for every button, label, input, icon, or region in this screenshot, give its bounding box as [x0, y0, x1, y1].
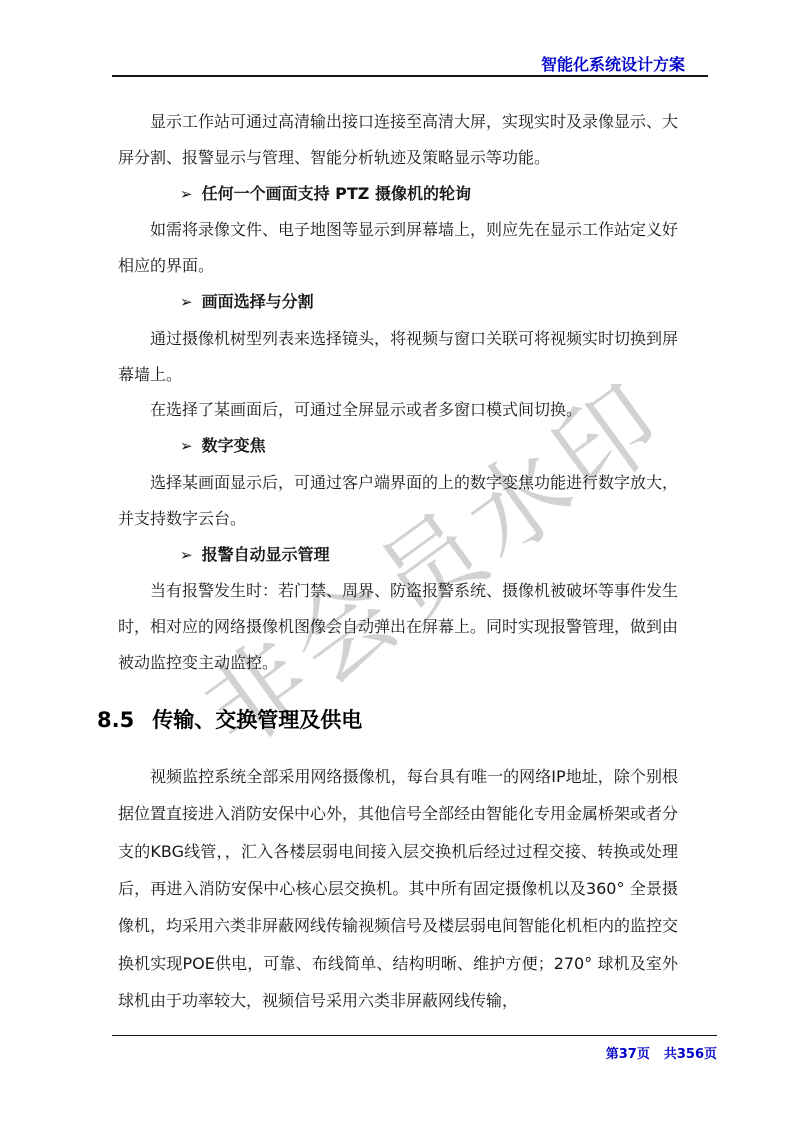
bullet-label: 任何一个画面支持 PTZ 摄像机的轮询	[202, 176, 471, 212]
arrow-bullet-icon: ➢	[180, 538, 193, 574]
bullet-label: 画面选择与分割	[202, 284, 314, 320]
section-number: 8.5	[97, 702, 134, 738]
arrow-bullet-icon: ➢	[180, 429, 193, 465]
paragraph: 显示工作站可通过高清输出接口连接至高清大屏，实现实时及录像显示、大屏分割、报警显…	[118, 104, 678, 176]
paragraph: 通过摄像机树型列表来选择镜头，将视频与窗口关联可将视频实时切换到屏幕墙上。	[118, 321, 678, 393]
bullet-item: ➢ 画面选择与分割	[97, 284, 700, 321]
bullet-item: ➢ 任何一个画面支持 PTZ 摄像机的轮询	[97, 176, 700, 213]
bullet-label: 数字变焦	[202, 428, 266, 464]
bullet-item: ➢ 报警自动显示管理	[97, 537, 700, 574]
page-header-title: 智能化系统设计方案	[541, 52, 685, 75]
arrow-bullet-icon: ➢	[180, 285, 193, 321]
paragraph: 视频监控系统全部采用网络摄像机，每台具有唯一的网络IP地址，除个别根据位置直接进…	[118, 758, 678, 1020]
paragraph: 在选择了某画面后，可通过全屏显示或者多窗口模式间切换。	[118, 392, 678, 428]
document-page: 非会员水印 智能化系统设计方案 显示工作站可通过高清输出接口连接至高清大屏，实现…	[0, 0, 793, 1122]
header-rule	[112, 75, 708, 77]
paragraph: 选择某画面显示后，可通过客户端界面的上的数字变焦功能进行数字放大，并支持数字云台…	[118, 465, 678, 537]
document-body: 显示工作站可通过高清输出接口连接至高清大屏，实现实时及录像显示、大屏分割、报警显…	[97, 104, 700, 1020]
page-footer: 第37页共356页	[606, 1043, 717, 1062]
bullet-item: ➢ 数字变焦	[97, 428, 700, 465]
footer-total-pages: 共356页	[664, 1047, 717, 1062]
arrow-bullet-icon: ➢	[180, 177, 193, 213]
section-title: 传输、交换管理及供电	[152, 708, 362, 732]
paragraph: 当有报警发生时：若门禁、周界、防盗报警系统、摄像机被破坏等事件发生时，相对应的网…	[118, 573, 678, 680]
footer-page-number: 第37页	[606, 1047, 650, 1062]
footer-rule	[112, 1035, 717, 1036]
paragraph: 如需将录像文件、电子地图等显示到屏幕墙上，则应先在显示工作站定义好相应的界面。	[118, 212, 678, 284]
bullet-label: 报警自动显示管理	[202, 537, 330, 573]
section-heading: 8.5传输、交换管理及供电	[97, 702, 700, 738]
